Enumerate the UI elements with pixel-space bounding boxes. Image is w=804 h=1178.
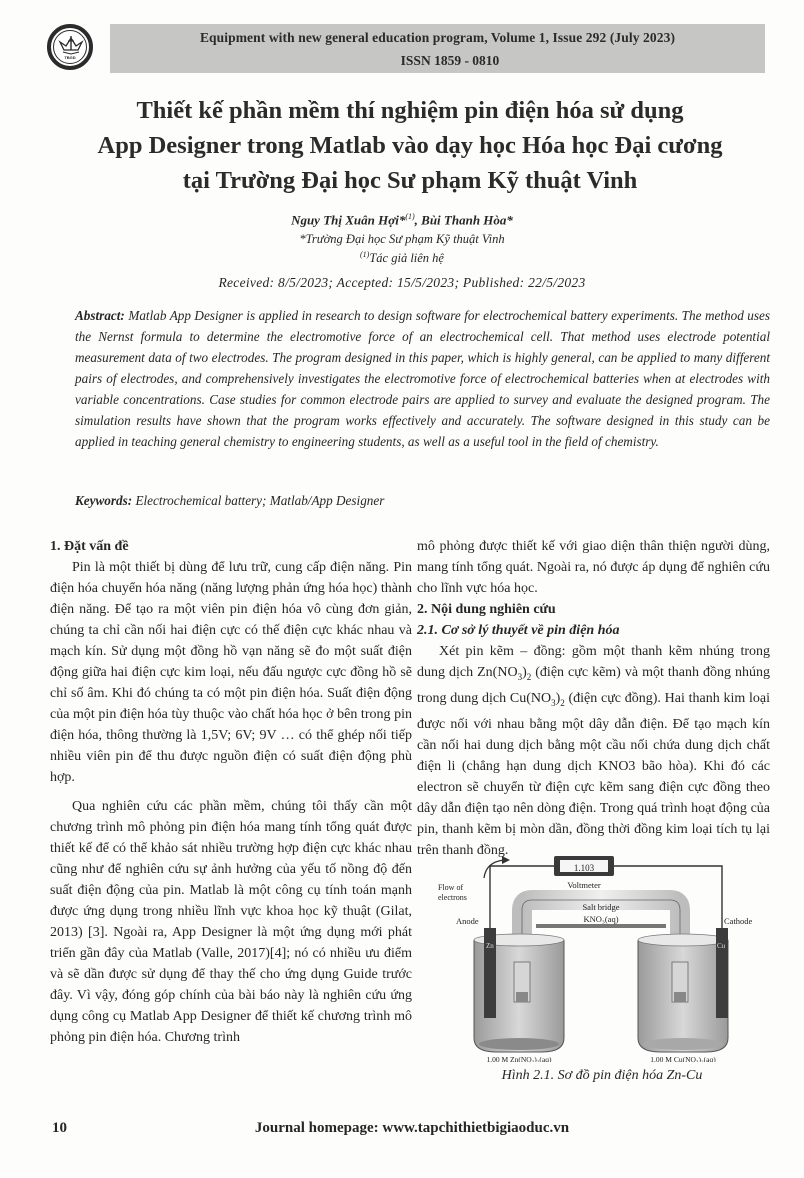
logo-emblem: TBGD <box>53 30 87 64</box>
anode-label: Anode <box>456 916 479 926</box>
voltmeter-reading: 1.103 <box>574 863 595 873</box>
journal-header-band: Equipment with new general education pro… <box>110 24 765 73</box>
corresponding-sup: (1) <box>360 250 369 259</box>
journal-logo: TBGD <box>47 24 93 70</box>
salt-bridge-label: Salt bridge <box>582 902 619 912</box>
flow-label-2: electrons <box>438 893 467 902</box>
keywords-label: Keywords: <box>75 493 132 508</box>
author-1: Nguy Thị Xuân Hợi* <box>291 212 405 227</box>
section-1-paragraph-2-continued: mô phỏng được thiết kế với giao diện thâ… <box>417 536 770 599</box>
voltmeter-label: Voltmeter <box>567 880 601 890</box>
journal-homepage: Journal homepage: www.tapchithietbigiaod… <box>0 1120 804 1137</box>
flow-label-1: Flow of <box>438 883 463 892</box>
crown-book-icon <box>57 34 85 56</box>
abstract: Abstract: Matlab App Designer is applied… <box>75 305 770 452</box>
cathode-label: Cathode <box>724 916 753 926</box>
salt-bridge-solution: KNO₃(aq) <box>583 914 618 924</box>
title-line-3: tại Trường Đại học Sư phạm Kỹ thuật Vinh <box>40 163 780 198</box>
article-title: Thiết kế phần mềm thí nghiệm pin điện hó… <box>40 93 780 198</box>
author-2: Bùi Thanh Hòa* <box>421 212 513 227</box>
galvanic-cell-diagram: 1.103 Voltmeter Flow of electrons Salt b… <box>436 852 768 1062</box>
section-1-heading: 1. Đặt vấn đề <box>50 536 412 557</box>
keywords-text: Electrochemical battery; Matlab/App Desi… <box>132 493 384 508</box>
abstract-text: Matlab App Designer is applied in resear… <box>75 308 770 449</box>
figure-caption: Hình 2.1. Sơ đồ pin điện hóa Zn-Cu <box>436 1068 768 1084</box>
affiliation: *Trường Đại học Sư phạm Kỹ thuật Vinh <box>0 232 804 247</box>
section-2-1-paragraph: Xét pin kẽm – đồng: gồm một thanh kẽm nh… <box>417 641 770 861</box>
galvanic-cell-figure: 1.103 Voltmeter Flow of electrons Salt b… <box>436 852 768 1062</box>
anode-metal: Zn <box>486 942 494 950</box>
keywords: Keywords: Electrochemical battery; Matla… <box>75 493 384 509</box>
publication-dates: Received: 8/5/2023; Accepted: 15/5/2023;… <box>0 275 804 291</box>
para-part: (điện cực đồng). Hai thanh kim loại được… <box>417 691 770 858</box>
left-solution-label: 1.00 M Zn(NO₃)₂(aq) <box>486 1055 552 1062</box>
right-column: mô phỏng được thiết kế với giao diện thâ… <box>417 536 770 861</box>
cathode-metal: Cu <box>717 942 726 950</box>
right-solution-label: 1.00 M Cu(NO₃)₂(aq) <box>650 1055 716 1062</box>
journal-issue-line: Equipment with new general education pro… <box>110 30 765 46</box>
issn: ISSN 1859 - 0810 <box>110 53 765 69</box>
section-2-1-heading: 2.1. Cơ sở lý thuyết về pin điện hóa <box>417 620 770 641</box>
title-line-1: Thiết kế phần mềm thí nghiệm pin điện hó… <box>40 93 780 128</box>
section-1-paragraph-1: Pin là một thiết bị dùng để lưu trữ, cun… <box>50 557 412 788</box>
corresponding-author-note: (1)Tác giả liên hệ <box>0 250 804 266</box>
abstract-label: Abstract: <box>75 308 125 323</box>
left-column: 1. Đặt vấn đề Pin là một thiết bị dùng đ… <box>50 536 412 1048</box>
corresponding-text: Tác giả liên hệ <box>369 251 444 265</box>
author-1-sup: (1) <box>405 212 414 221</box>
section-1-paragraph-2: Qua nghiên cứu các phần mềm, chúng tôi t… <box>50 796 412 1048</box>
title-line-2: App Designer trong Matlab vào dạy học Hó… <box>40 128 780 163</box>
section-2-heading: 2. Nội dung nghiên cứu <box>417 599 770 620</box>
authors: Nguy Thị Xuân Hợi*(1), Bùi Thanh Hòa* <box>0 212 804 228</box>
